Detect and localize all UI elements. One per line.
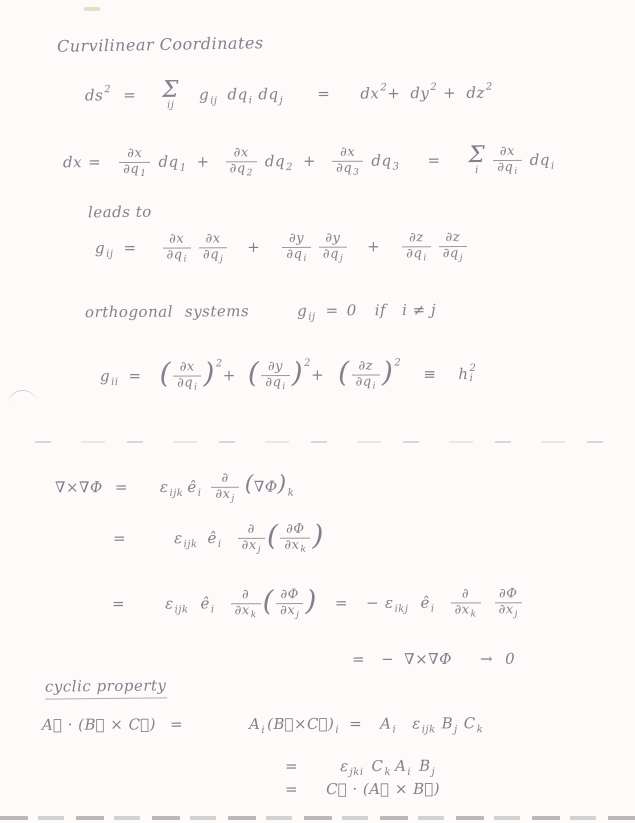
math-text: ∂ [462,587,469,602]
math-fraction: ∂y∂qi [261,360,290,391]
spacer [324,375,338,376]
eq-gii-scale-factors: gii=(∂x∂qi)2+(∂y∂qi)2+(∂z∂qi)2≡h2i [100,359,477,392]
math-text: ∂q [336,161,352,176]
spacer [236,375,248,376]
sigma-glyph: Σ [468,144,485,167]
fraction-numerator: ∂x [230,146,253,161]
fraction-denominator: ∂xj [495,602,522,618]
fraction-denominator: ∂xk [280,538,310,554]
math-sub: i [184,255,187,265]
fraction-numerator: ∂x [165,232,188,247]
spacer [173,311,185,312]
math-text: (B⃗×C⃗) [267,716,334,733]
math-text: ∇×∇Φ [404,651,452,668]
spacer [317,603,335,604]
math-sub: 2 [286,162,293,173]
math-text: ∂y [325,232,340,247]
summation-symbol: Σij [162,79,179,111]
math-text: ds [85,87,103,104]
spacer [197,538,207,539]
math-text: dq [258,86,278,103]
math-text: = [123,87,136,104]
spacer [400,93,410,94]
math-text: ∂q [286,248,302,263]
math-text: orthogonal [85,304,173,321]
math-big: ( [267,522,279,550]
math-sub: 2 [247,168,253,178]
spacer [128,487,160,488]
math-big: ) [278,474,287,496]
fraction-denominator: ∂q3 [332,160,363,176]
math-sub: i [514,167,517,177]
math-sub: i [211,604,215,615]
math-sub: i [551,160,555,171]
math-sub: i [249,95,253,106]
spacer [136,94,162,95]
spacer [440,160,468,161]
math-fraction: ∂z∂qi [402,231,431,262]
math-big: ) [292,359,304,387]
math-text: ê [200,596,209,613]
math-fraction: ∂Φ∂xj [276,588,303,619]
math-sub: j [220,255,223,265]
math-fraction: ∂∂xj [238,523,265,554]
spacer [298,789,326,790]
math-sub: i [194,383,197,393]
math-text: ∂ [242,588,249,603]
bottom-scan-edge [0,816,635,820]
fraction-numerator: ∂x [336,145,359,160]
math-text: = [317,85,330,102]
eq-curl-grad-3: =εijkêi∂∂xk(∂Φ∂xj)=−εikjêi∂∂xk∂Φ∂xj [112,587,524,619]
math-text: dq [371,152,391,169]
math-sub: i [335,724,339,735]
summation-index: ij [167,101,174,111]
spacer [365,659,381,660]
math-text: = [123,240,136,257]
math-sub: 3 [393,161,400,172]
math-fraction: ∂∂xk [231,588,261,619]
scan-smudge-mark [84,7,100,11]
math-sub: 3 [353,168,359,178]
fraction-denominator: ∂xj [211,487,238,503]
math-text: − [366,595,379,612]
fraction-numerator: ∂x [496,144,519,159]
fraction-denominator: ∂xj [276,603,303,619]
math-text: ∂q [265,376,281,391]
math-text: if [375,302,386,319]
spacer [222,538,236,539]
math-big: ) [382,359,394,387]
spacer [111,95,123,96]
math-sub: i [392,724,396,735]
math-text: ∂q [406,247,422,262]
math-text: dq [265,153,285,170]
eq-triple-product-2: =εjkiCkAiBj [285,758,435,775]
math-text: = [326,302,339,319]
spacer [210,161,224,162]
math-text: ∂y [268,360,283,375]
math-text: systems [185,303,249,320]
fraction-numerator: ∂Φ [282,523,308,538]
spacer [362,723,380,724]
math-sub: 1 [140,169,146,179]
math-sub: ii [111,377,118,388]
spacer [119,376,129,377]
math-big: ) [305,587,317,615]
math-text: A⃗ · (B⃗ × C⃗) [42,716,156,733]
spacer [249,310,297,311]
math-text: g [100,368,110,385]
math-sub: i [261,725,265,736]
math-fraction: ∂x∂qj [199,232,228,263]
math-text: ∂q [356,376,372,391]
math-sub: k [288,488,295,499]
math-text: + [247,239,260,256]
math-text: A [395,758,406,775]
summation-symbol: Σi [468,144,485,176]
math-sub: ijk [169,488,183,499]
fraction-numerator: ∂y [285,232,308,247]
math-text: ∂x [242,539,257,554]
math-text: + [303,153,316,170]
spacer [229,247,247,248]
math-text: ∂q [177,376,193,391]
math-sub: i [423,253,426,263]
math-text: C [371,758,383,775]
fraction-numerator: ∂y [264,360,287,375]
eq-triple-product-1: A⃗ · (B⃗ × C⃗)=Ai(B⃗×C⃗)i=AiεijkBjCk [42,715,483,733]
math-text: = [335,595,348,612]
math-text: ∂z [358,360,373,375]
spacer [313,247,317,248]
math-big: ( [160,360,172,388]
math-text: ∂x [127,146,142,161]
math-sub: i [431,604,435,615]
math-text: ≡ [423,366,436,383]
math-text: + [311,367,324,384]
margin-arc-mark [8,389,37,404]
math-big: ) [312,522,324,550]
fraction-denominator: ∂qi [352,374,381,390]
math-text: = [285,781,298,798]
fold-separator-line [35,441,613,443]
math-sup: 2 [380,82,387,93]
fraction-numerator: ∂Φ [495,587,521,602]
math-sub: j [280,95,284,106]
spacer [215,603,229,604]
spacer [293,161,303,162]
math-big: ) [203,360,215,388]
math-sup: 2 [486,81,493,92]
fraction-denominator: ∂qi [282,247,311,263]
math-fraction: ∂x∂q1 [119,146,150,177]
math-text: ∂x [280,604,295,619]
fraction-numerator: ∂z [441,231,464,246]
math-text: ∂x [169,233,184,248]
leads-to-note: leads to [88,204,152,221]
math-text: ∇Φ [254,479,278,496]
math-fraction: ∂z∂qi [351,360,380,391]
spacer [339,310,347,311]
math-sub: i [198,488,202,499]
spacer [394,659,404,660]
spacer [435,602,449,603]
math-text: i ≠ j [402,302,436,319]
math-text: ∂x [499,603,514,618]
math-sub: j [258,545,261,555]
math-text: B [419,758,431,775]
eq-orthogonal-condition: orthogonalsystemsgij=0ifi ≠ j [85,302,436,321]
spacer [183,724,249,725]
math-text: ∂x [235,604,250,619]
spacer [456,92,466,93]
fraction-denominator: ∂qi [493,159,522,175]
math-text: ê [207,530,216,547]
math-text: ∂y [289,232,304,247]
math-sub: jki [350,767,364,778]
math-sub: k [300,545,306,555]
fraction-numerator: ∂ [238,588,253,603]
math-text: − [381,651,394,668]
sigma-glyph: Σ [162,79,179,102]
spacer [156,724,170,725]
math-text: = [349,716,362,733]
math-text: ε [160,479,169,496]
spacer [316,310,326,311]
math-text: ∂q [203,248,219,263]
math-sub: k [477,724,484,735]
math-text: ∂Φ [499,587,517,602]
math-text: dq [530,151,550,168]
fraction-numerator: ∂x [123,146,146,161]
fraction-numerator: ∂z [354,360,377,375]
math-text: ∂Φ [286,523,304,538]
math-text: C [464,715,476,732]
math-text: ∂x [500,144,515,159]
fraction-numerator: ∂x [201,232,224,247]
spacer [433,246,437,247]
math-text: ∂q [497,160,513,175]
math-text: ∂ [248,523,255,538]
spacer [142,376,160,377]
eq-curl-grad-2: =εijkêi∂∂xj(∂Φ∂xk) [113,523,324,555]
math-text: ε [385,595,394,612]
math-text: + [367,239,380,256]
math-sub: j [454,724,458,735]
math-fraction: ∂z∂qj [439,231,468,262]
math-sub: ijk [175,604,189,615]
fraction-denominator: ∂qi [261,375,290,391]
spacer [298,766,340,767]
math-text: dz [466,84,485,101]
spacer [348,603,366,604]
spacer [396,723,412,724]
math-text: + [196,153,209,170]
math-text: ∂x [180,360,195,375]
math-sub: i [407,767,411,778]
spacer [201,487,209,488]
math-text: ∂z [445,231,460,246]
math-text: ê [187,479,196,496]
math-fraction: ∂x∂qi [493,144,522,175]
spacer [126,538,174,539]
spacer [188,603,200,604]
spacer [401,374,423,375]
math-fraction: ∂x∂qi [173,360,202,391]
math-text: g [95,240,105,257]
fraction-denominator: ∂xk [451,602,481,618]
math-text: dq [158,153,178,170]
math-subsup: 2i [470,364,477,384]
math-text: = [427,152,440,169]
math-sub: j [432,766,436,777]
math-text: = [128,368,141,385]
math-text: ∂z [409,231,424,246]
math-text: ∂q [230,162,246,177]
spacer [436,374,458,375]
spacer [363,766,371,767]
spacer [101,162,117,163]
spacer [483,602,493,603]
math-fraction: ∂∂xk [450,587,480,618]
math-sub: j [460,253,463,263]
spacer [386,310,402,311]
math-sub: i [282,382,285,392]
math-text: → [480,651,493,668]
math-sub: ij [308,311,315,322]
math-sub: ij [106,249,113,260]
math-text: g [199,86,209,103]
math-text: ∂q [323,248,339,263]
math-fraction: ∂x∂qi [162,232,191,263]
spacer [408,603,420,604]
math-text: ∂x [455,603,470,618]
fraction-numerator: ∂z [405,231,428,246]
math-sub: i [303,254,306,264]
spacer [316,160,330,161]
fraction-denominator: ∂qi [402,246,431,262]
math-text: = [112,596,125,613]
math-text: ∂q [123,162,139,177]
math-text: leads to [88,204,152,221]
math-text: = [115,479,128,496]
math-sub: k [471,610,477,620]
spacer [125,603,165,604]
spacer [349,246,367,247]
math-sub: i [373,382,376,392]
math-text: ∇×∇Φ [55,479,103,496]
fraction-denominator: ∂xk [231,603,261,619]
math-sub: k [384,767,391,778]
fraction-numerator: ∂ [244,523,259,538]
fraction-denominator: ∂xj [238,538,265,554]
subscript: i [470,374,474,384]
fraction-denominator: ∂qj [199,247,227,263]
eq-metric-tensor: gij=∂x∂qi∂x∂qj+∂y∂qi∂y∂qj+∂z∂qi∂z∂qj [95,231,469,264]
math-sup: 2 [104,84,111,95]
note-page: Curvilinear Coordinates ds2=Σijgijdqidqj… [0,0,635,823]
fraction-denominator: ∂q2 [226,161,257,177]
fraction-denominator: ∂qj [319,247,347,263]
math-text: ê [420,595,429,612]
fraction-numerator: ∂ [217,472,232,487]
math-big: ( [338,359,350,387]
math-text: dy [410,85,429,102]
math-text: = [285,758,298,775]
spacer [339,723,349,724]
math-fraction: ∂Φ∂xk [280,523,310,554]
spacer [452,659,480,660]
math-text: A [380,716,391,733]
math-sub: ij [210,95,217,106]
math-sup: 2 [304,358,311,369]
math-text: ∂x [205,232,220,247]
page-title: Curvilinear Coordinates [57,34,264,55]
cyclic-property-heading: cyclic property [45,677,167,699]
math-sub: ijk [184,539,198,550]
fraction-denominator: ∂qi [162,247,191,263]
math-sub: ijk [422,724,436,735]
math-text: ∂x [234,146,249,161]
spacer [357,310,375,311]
math-text: ε [340,758,349,775]
spacer [193,247,197,248]
math-big: ( [263,588,275,616]
math-fraction: ∂y∂qi [282,232,311,263]
spacer [399,160,427,161]
fraction-numerator: ∂x [176,360,199,375]
math-text: dx [63,154,82,171]
spacer [136,248,160,249]
math-sup: 2 [216,358,223,369]
math-text: ε [174,530,183,547]
math-text: ∂Φ [280,588,298,603]
math-sub: j [340,254,343,264]
math-text: dq [227,86,247,103]
math-text: cyclic property [45,677,167,695]
math-text: ∂ [221,472,228,487]
math-text: ε [165,596,174,613]
math-text: ∂x [284,539,299,554]
spacer [330,93,360,94]
math-fraction: ∂y∂qj [319,232,348,263]
math-sub: k [251,610,257,620]
math-text: = [170,716,183,733]
spacer [217,94,227,95]
math-sub: i [218,539,222,550]
fraction-denominator: ∂qi [173,375,202,391]
eq-line-element: ds2=Σijgijdqidqj=dx2+dy2+dz2 [85,77,493,112]
spacer [113,248,123,249]
math-sub: ikj [395,604,409,615]
math-fraction: ∂x∂q3 [332,145,363,176]
eq-dx-expansion: dx=∂x∂q1dq1+∂x∂q2dq2+∂x∂q3dq3=Σi∂x∂qidqi [63,144,555,179]
fraction-numerator: ∂y [321,232,344,247]
summation-index: i [475,166,479,176]
math-sup: 2 [394,357,401,368]
math-text: + [387,85,400,102]
fraction-numerator: ∂ [458,587,473,602]
spacer [493,659,505,660]
math-text: A [249,716,260,733]
math-sup: 2 [430,81,437,92]
spacer [411,766,419,767]
math-text: = [88,154,101,171]
math-fraction: ∂∂xj [211,472,238,503]
math-text: + [223,367,236,384]
math-text: 0 [347,302,357,319]
